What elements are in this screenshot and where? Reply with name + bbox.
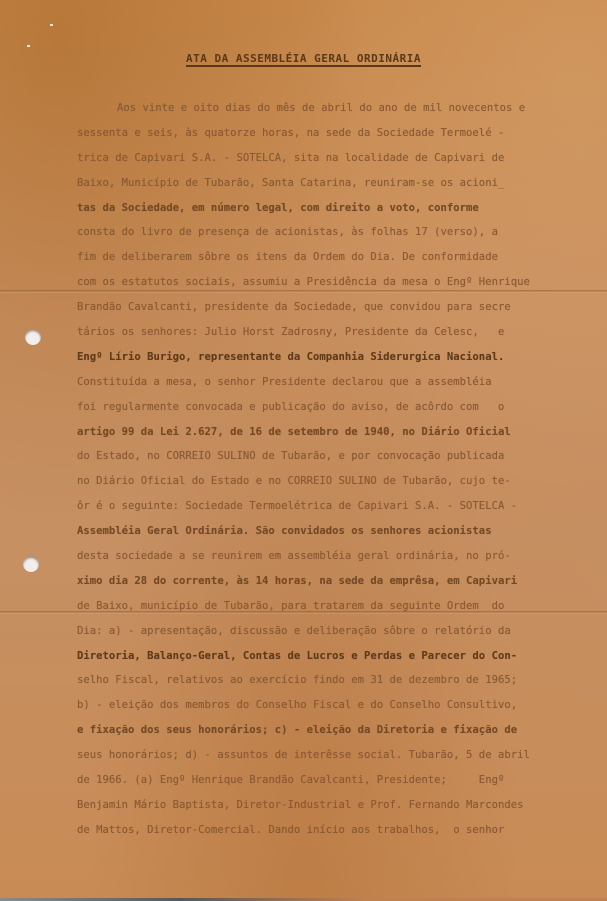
paper-speck	[27, 45, 30, 47]
text-line: do Estado, no CORREIO SULINO de Tubarão,…	[77, 444, 607, 469]
punch-hole-icon	[23, 556, 39, 572]
text-line: com os estatutos sociais, assumiu a Pres…	[77, 270, 607, 295]
document-body: Aos vinte e oito dias do mês de abril do…	[77, 96, 607, 843]
text-line: Engº Lírio Burigo, representante da Comp…	[77, 345, 607, 370]
text-line: ximo dia 28 do corrente, às 14 horas, na…	[77, 569, 607, 594]
text-line: Dia: a) - apresentação, discussão e deli…	[77, 619, 607, 644]
text-line: de 1966. (a) Engº Henrique Brandão Caval…	[77, 768, 607, 793]
text-line: Baixo, Município de Tubarão, Santa Catar…	[77, 171, 607, 196]
text-line: selho Fiscal, relativos ao exercício fin…	[77, 668, 607, 693]
text-line: de Baixo, município de Tubarão, para tra…	[77, 594, 607, 619]
text-line: b) - eleição dos membros do Conselho Fis…	[77, 693, 607, 718]
text-line: no Diário Oficial do Estado e no CORREIO…	[77, 469, 607, 494]
text-line: trica de Capivari S.A. - SOTELCA, sita n…	[77, 146, 607, 171]
text-line: Benjamin Mário Baptista, Diretor-Industr…	[77, 793, 607, 818]
paper-speck	[50, 24, 53, 26]
document-title: ATA DA ASSEMBLÉIA GERAL ORDINÁRIA	[0, 52, 607, 65]
text-line: Diretoria, Balanço-Geral, Contas de Lucr…	[77, 644, 607, 669]
text-line: Assembléia Geral Ordinária. São convidad…	[77, 519, 607, 544]
text-line: de Mattos, Diretor-Comercial. Dando iníc…	[77, 818, 607, 843]
text-line: e fixação dos seus honorários; c) - elei…	[77, 718, 607, 743]
text-line: sessenta e seis, às quatorze horas, na s…	[77, 121, 607, 146]
text-line: Constituída a mesa, o senhor Presidente …	[77, 370, 607, 395]
text-line: Aos vinte e oito dias do mês de abril do…	[77, 96, 607, 121]
text-line: seus honorários; d) - assuntos de interê…	[77, 743, 607, 768]
text-line: Brandão Cavalcanti, presidente da Socied…	[77, 295, 607, 320]
text-line: fim de deliberarem sôbre os itens da Ord…	[77, 245, 607, 270]
text-line: tas da Sociedade, em número legal, com d…	[77, 196, 607, 221]
text-line: ôr é o seguinte: Sociedade Termoelétrica…	[77, 494, 607, 519]
text-line: tários os senhores: Julio Horst Zadrosny…	[77, 320, 607, 345]
document-page: ATA DA ASSEMBLÉIA GERAL ORDINÁRIA Aos vi…	[0, 0, 607, 901]
text-line: desta sociedade a se reunirem em assembl…	[77, 544, 607, 569]
text-line: foi regularmente convocada e publicação …	[77, 395, 607, 420]
text-line: consta do livro de presença de acionista…	[77, 220, 607, 245]
text-line: artigo 99 da Lei 2.627, de 16 de setembr…	[77, 420, 607, 445]
punch-hole-icon	[25, 329, 41, 345]
